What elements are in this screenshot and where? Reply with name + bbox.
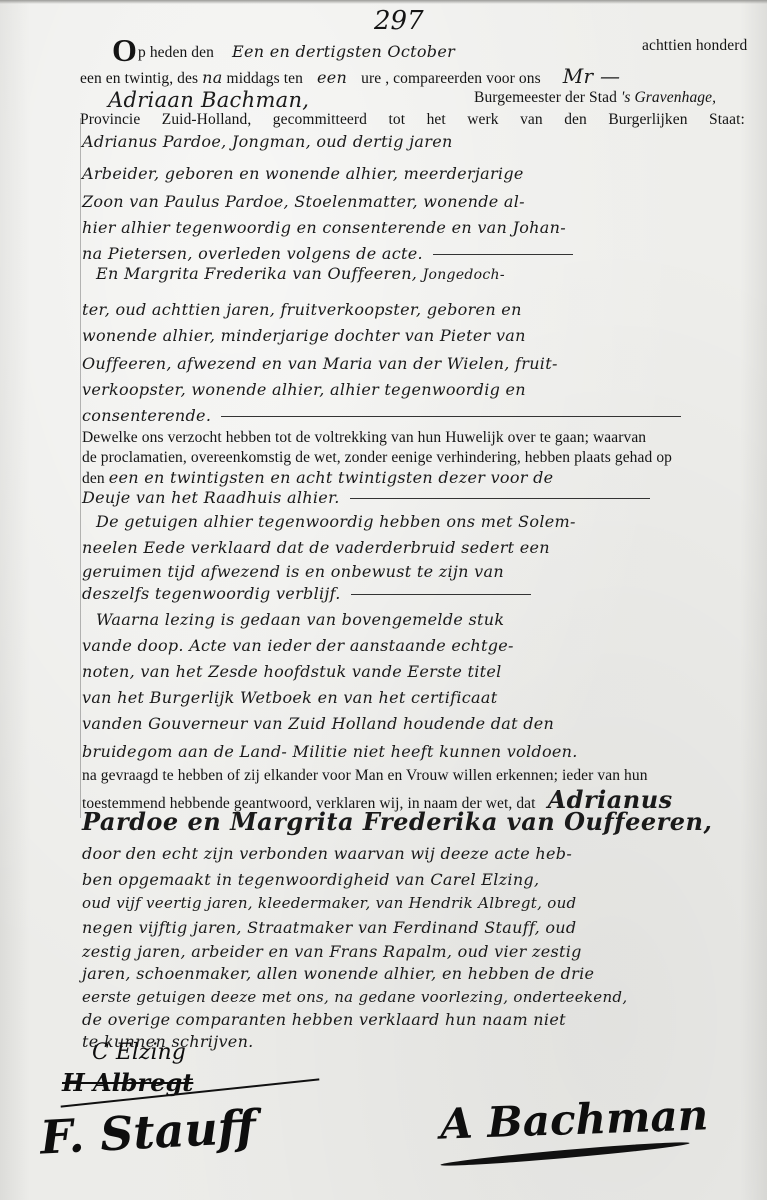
scanned-document-page: 297 Op heden den Een en dertigsten Octob…	[0, 0, 767, 1200]
groom-line-2: Arbeider, geboren en wonende alhier, mee…	[82, 166, 755, 182]
city-name: 's Gravenhage,	[621, 89, 716, 106]
documents-line-2: vande doop. Acte van ieder der aanstaand…	[82, 638, 755, 654]
documents-line-3: noten, van het Zesde hoofdstuk vande Eer…	[82, 664, 755, 680]
closing-line-6: jaren, schoenmaker, allen wonende alhier…	[82, 966, 755, 982]
declaration-line-1: De getuigen alhier tegenwoordig hebben o…	[96, 514, 755, 530]
bride-line-3: wonende alhier, minderjarige dochter van…	[82, 328, 755, 344]
proclamation-line-2: de proclamatien, overeenkomstig de wet, …	[82, 450, 755, 466]
groom-line-3: Zoon van Paulus Pardoe, Stoelenmatter, w…	[82, 194, 755, 210]
documents-line-4: van het Burgerlijk Wetboek en van het ce…	[82, 690, 755, 706]
handwritten-text: Deuje van het Raadhuis alhier.	[82, 488, 340, 507]
filler-line	[350, 498, 650, 499]
handwritten-text: Jongman, oud dertig jaren	[232, 132, 453, 151]
signature-mayor: A Bachman	[439, 1090, 709, 1148]
header-line-2: een en twintig, des na middags ten een u…	[80, 66, 755, 87]
proclamation-line-4: Deuje van het Raadhuis alhier.	[82, 490, 755, 506]
printed-text: een en twintig, des	[80, 70, 198, 87]
declaration-line-4: deszelfs tegenwoordig verblijf.	[82, 586, 755, 602]
bride-line-4: Ouffeeren, afwezend en van Maria van der…	[82, 356, 755, 372]
printed-word: Staat:	[709, 112, 745, 128]
handwritten-text: na Pietersen, overleden volgens de acte.	[82, 244, 423, 263]
handwritten-text: na	[202, 68, 222, 87]
printed-text: middags ten	[227, 70, 303, 87]
handwritten-text: een en twintigsten en acht twintigsten d…	[109, 468, 554, 487]
drop-cap: O	[112, 32, 137, 68]
handwritten-mayor-name: Adriaan Bachman,	[108, 88, 309, 112]
proclamation-line-1: Dewelke ons verzocht hebben tot de voltr…	[82, 430, 755, 446]
groom-line-4: hier alhier tegenwoordig en consenterend…	[82, 220, 755, 236]
filler-line	[433, 254, 573, 255]
printed-text: achttien honderd	[642, 38, 747, 54]
handwritten-text: deszelfs tegenwoordig verblijf.	[82, 584, 341, 603]
bride-line-2: ter, oud achttien jaren, fruitverkoopste…	[82, 302, 755, 318]
handwritten-text: Jongedoch-	[423, 267, 505, 283]
bride-name: En Margrita Frederika van Ouffeeren,	[96, 264, 417, 283]
printed-word: gecommitteerd	[273, 112, 367, 128]
page-top-edge	[0, 0, 767, 4]
signature-witness-1: C Elzing	[92, 1040, 186, 1065]
printed-word: het	[427, 112, 446, 128]
groom-line-1: Adrianus Pardoe, Jongman, oud dertig jar…	[82, 134, 755, 150]
closing-line-7: eerste getuigen deeze met ons, na gedane…	[82, 990, 755, 1005]
closing-line-2: ben opgemaakt in tegenwoordigheid van Ca…	[82, 872, 755, 888]
printed-text: p heden den	[138, 44, 214, 61]
handwritten-title: Mr —	[563, 64, 621, 88]
consent-line-1: na gevraagd te hebben of zij elkander vo…	[82, 768, 755, 784]
bride-line-5: verkoopster, wonende alhier, alhier tege…	[82, 382, 755, 398]
header-line-3: Adriaan Bachman, Burgemeester der Stad '…	[108, 90, 755, 111]
bride-line-1: En Margrita Frederika van Ouffeeren, Jon…	[96, 266, 755, 282]
printed-text: ure	[361, 70, 381, 87]
printed-word: tot	[388, 112, 405, 128]
header-line-4: Provincie Zuid-Holland, gecommitteerd to…	[80, 112, 745, 128]
consent-line-3: Pardoe en Margrita Frederika van Ouffeer…	[82, 810, 755, 834]
closing-line-8: de overige comparanten hebben verklaard …	[82, 1012, 755, 1028]
closing-line-5: zestig jaren, arbeider en van Frans Rapa…	[82, 944, 755, 960]
closing-line-4: negen vijftig jaren, Straatmaker van Fer…	[82, 920, 755, 936]
bride-line-6: consenterende.	[82, 408, 755, 424]
header-line-1: Op heden den Een en dertigsten October a…	[112, 38, 755, 64]
closing-line-3: oud vijf veertig jaren, kleedermaker, va…	[82, 896, 755, 911]
printed-word: Provincie	[80, 112, 140, 128]
printed-text: den	[82, 470, 105, 487]
documents-line-6: bruidegom aan de Land- Militie niet heef…	[82, 744, 755, 760]
declaration-line-3: geruimen tijd afwezend is en onbewust te…	[82, 564, 755, 580]
handwritten-text: een	[317, 68, 347, 87]
documents-line-5: vanden Gouverneur van Zuid Holland houde…	[82, 716, 755, 732]
printed-word: werk	[467, 112, 498, 128]
printed-word: van	[520, 112, 543, 128]
handwritten-text: consenterende.	[82, 406, 211, 425]
handwritten-date: Een en dertigsten October	[232, 42, 455, 61]
printed-word: den	[564, 112, 587, 128]
margin-rule	[80, 118, 81, 818]
printed-text: Burgemeester der Stad 's Gravenhage,	[474, 90, 716, 106]
proclamation-line-3: den een en twintigsten en acht twintigst…	[82, 470, 755, 487]
filler-line	[351, 594, 531, 595]
printed-word: Burgerlijken	[608, 112, 687, 128]
printed-text: , compareerden voor ons	[385, 70, 541, 87]
declaration-line-2: neelen Eede verklaard dat de vaderderbru…	[82, 540, 755, 556]
printed-word: Zuid-Holland,	[162, 112, 252, 128]
groom-name: Adrianus Pardoe,	[82, 132, 226, 151]
page-number: 297	[374, 6, 424, 36]
signature-witness-3: F. Stauff	[39, 1099, 257, 1164]
filler-line	[221, 416, 681, 417]
documents-line-1: Waarna lezing is gedaan van bovengemelde…	[96, 612, 755, 628]
closing-line-1: door den echt zijn verbonden waarvan wij…	[82, 846, 755, 862]
groom-line-5: na Pietersen, overleden volgens de acte.	[82, 246, 755, 262]
